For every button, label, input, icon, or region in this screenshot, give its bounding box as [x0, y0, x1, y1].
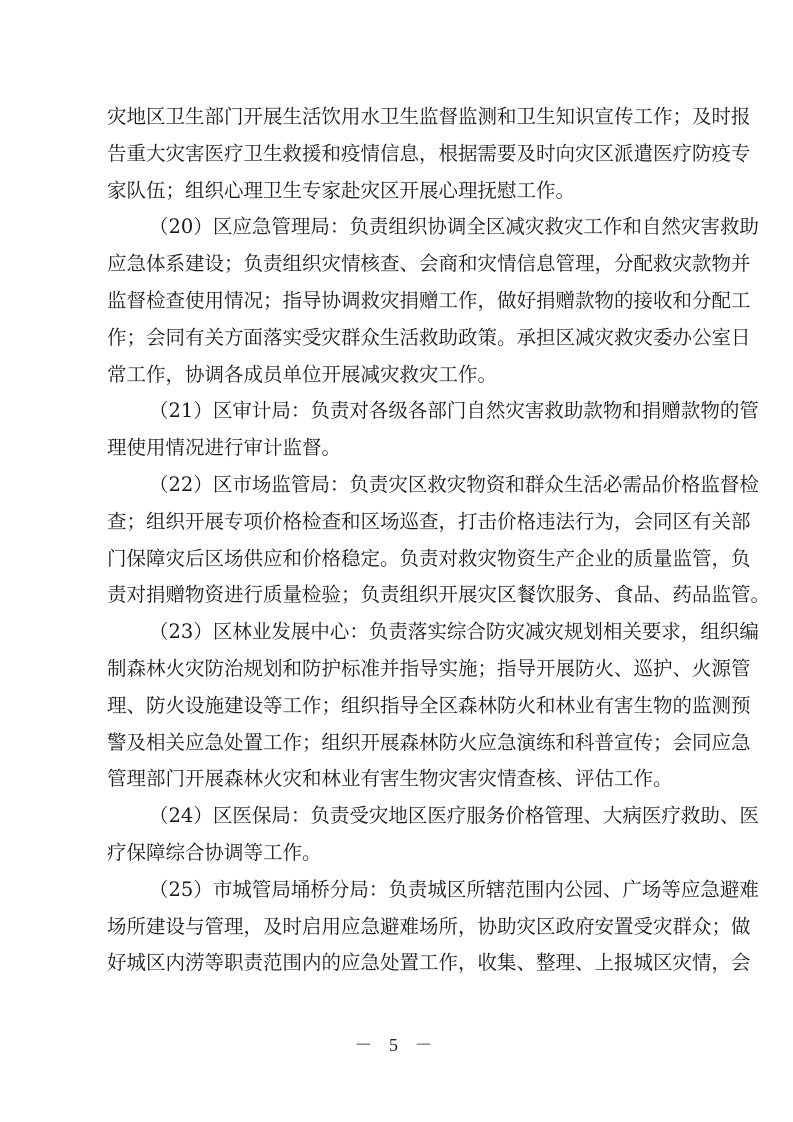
text-line: 管理部门开展森林火灾和林业有害生物灾害灾情查核、评估工作。 — [107, 761, 707, 798]
text-line: 告重大灾害医疗卫生救援和疫情信息，根据需要及时向灾区派遣医疗防疫专 — [107, 136, 707, 173]
text-line: 场所建设与管理，及时启用应急避难场所，协助灾区政府安置受灾群众；做 — [107, 909, 707, 946]
text-line: （24）区医保局：负责受灾地区医疗服务价格管理、大病医疗救助、医 — [107, 798, 707, 835]
text-line: 家队伍；组织心理卫生专家赴灾区开展心理抚慰工作。 — [107, 173, 707, 210]
text-line: （20）区应急管理局：负责组织协调全区减灾救灾工作和自然灾害救助 — [107, 209, 707, 246]
text-line: 警及相关应急处置工作；组织开展森林防火应急演练和科普宣传；会同应急 — [107, 725, 707, 762]
text-line: 制森林火灾防治规划和防护标准并指导实施；指导开展防火、巡护、火源管 — [107, 651, 707, 688]
page-number: － 5 － — [0, 1031, 793, 1057]
paragraph-22-market-supervision: （22）区市场监管局：负责灾区救灾物资和群众生活必需品价格监督检 查；组织开展专… — [107, 467, 707, 614]
text-line: （22）区市场监管局：负责灾区救灾物资和群众生活必需品价格监督检 — [107, 467, 707, 504]
text-line: 应急体系建设；负责组织灾情核查、会商和灾情信息管理，分配救灾款物并 — [107, 246, 707, 283]
paragraph-19-continued: 灾地区卫生部门开展生活饮用水卫生监督监测和卫生知识宣传工作；及时报 告重大灾害医… — [107, 99, 707, 209]
text-line: 好城区内涝等职责范围内的应急处置工作，收集、整理、上报城区灾情，会 — [107, 945, 707, 982]
paragraph-23-forestry: （23）区林业发展中心：负责落实综合防灾减灾规划相关要求，组织编 制森林火灾防治… — [107, 614, 707, 798]
text-line: 查；组织开展专项价格检查和区场巡查，打击价格违法行为，会同区有关部 — [107, 504, 707, 541]
paragraph-25-urban-management: （25）市城管局埇桥分局：负责城区所辖范围内公园、广场等应急避难 场所建设与管理… — [107, 872, 707, 982]
text-line: 责对捐赠物资进行质量检验；负责组织开展灾区餐饮服务、食品、药品监管。 — [107, 577, 707, 614]
text-line: （21）区审计局：负责对各级各部门自然灾害救助款物和捐赠款物的管 — [107, 393, 707, 430]
text-line: 疗保障综合协调等工作。 — [107, 835, 707, 872]
document-page: 灾地区卫生部门开展生活饮用水卫生监督监测和卫生知识宣传工作；及时报 告重大灾害医… — [0, 0, 793, 1122]
text-line: 门保障灾后区场供应和价格稳定。负责对救灾物资生产企业的质量监管，负 — [107, 541, 707, 578]
text-line: 灾地区卫生部门开展生活饮用水卫生监督监测和卫生知识宣传工作；及时报 — [107, 99, 707, 136]
text-line: 理使用情况进行审计监督。 — [107, 430, 707, 467]
text-line: 理、防火设施建设等工作；组织指导全区森林防火和林业有害生物的监测预 — [107, 688, 707, 725]
paragraph-20-emergency-management: （20）区应急管理局：负责组织协调全区减灾救灾工作和自然灾害救助 应急体系建设；… — [107, 209, 707, 393]
paragraph-24-medical-insurance: （24）区医保局：负责受灾地区医疗服务价格管理、大病医疗救助、医 疗保障综合协调… — [107, 798, 707, 872]
document-body: 灾地区卫生部门开展生活饮用水卫生监督监测和卫生知识宣传工作；及时报 告重大灾害医… — [107, 99, 707, 982]
text-line: 监督检查使用情况；指导协调救灾捐赠工作，做好捐赠款物的接收和分配工 — [107, 283, 707, 320]
text-line: （25）市城管局埇桥分局：负责城区所辖范围内公园、广场等应急避难 — [107, 872, 707, 909]
text-line: （23）区林业发展中心：负责落实综合防灾减灾规划相关要求，组织编 — [107, 614, 707, 651]
text-line: 常工作，协调各成员单位开展减灾救灾工作。 — [107, 357, 707, 394]
paragraph-21-audit: （21）区审计局：负责对各级各部门自然灾害救助款物和捐赠款物的管 理使用情况进行… — [107, 393, 707, 467]
text-line: 作；会同有关方面落实受灾群众生活救助政策。承担区减灾救灾委办公室日 — [107, 320, 707, 357]
